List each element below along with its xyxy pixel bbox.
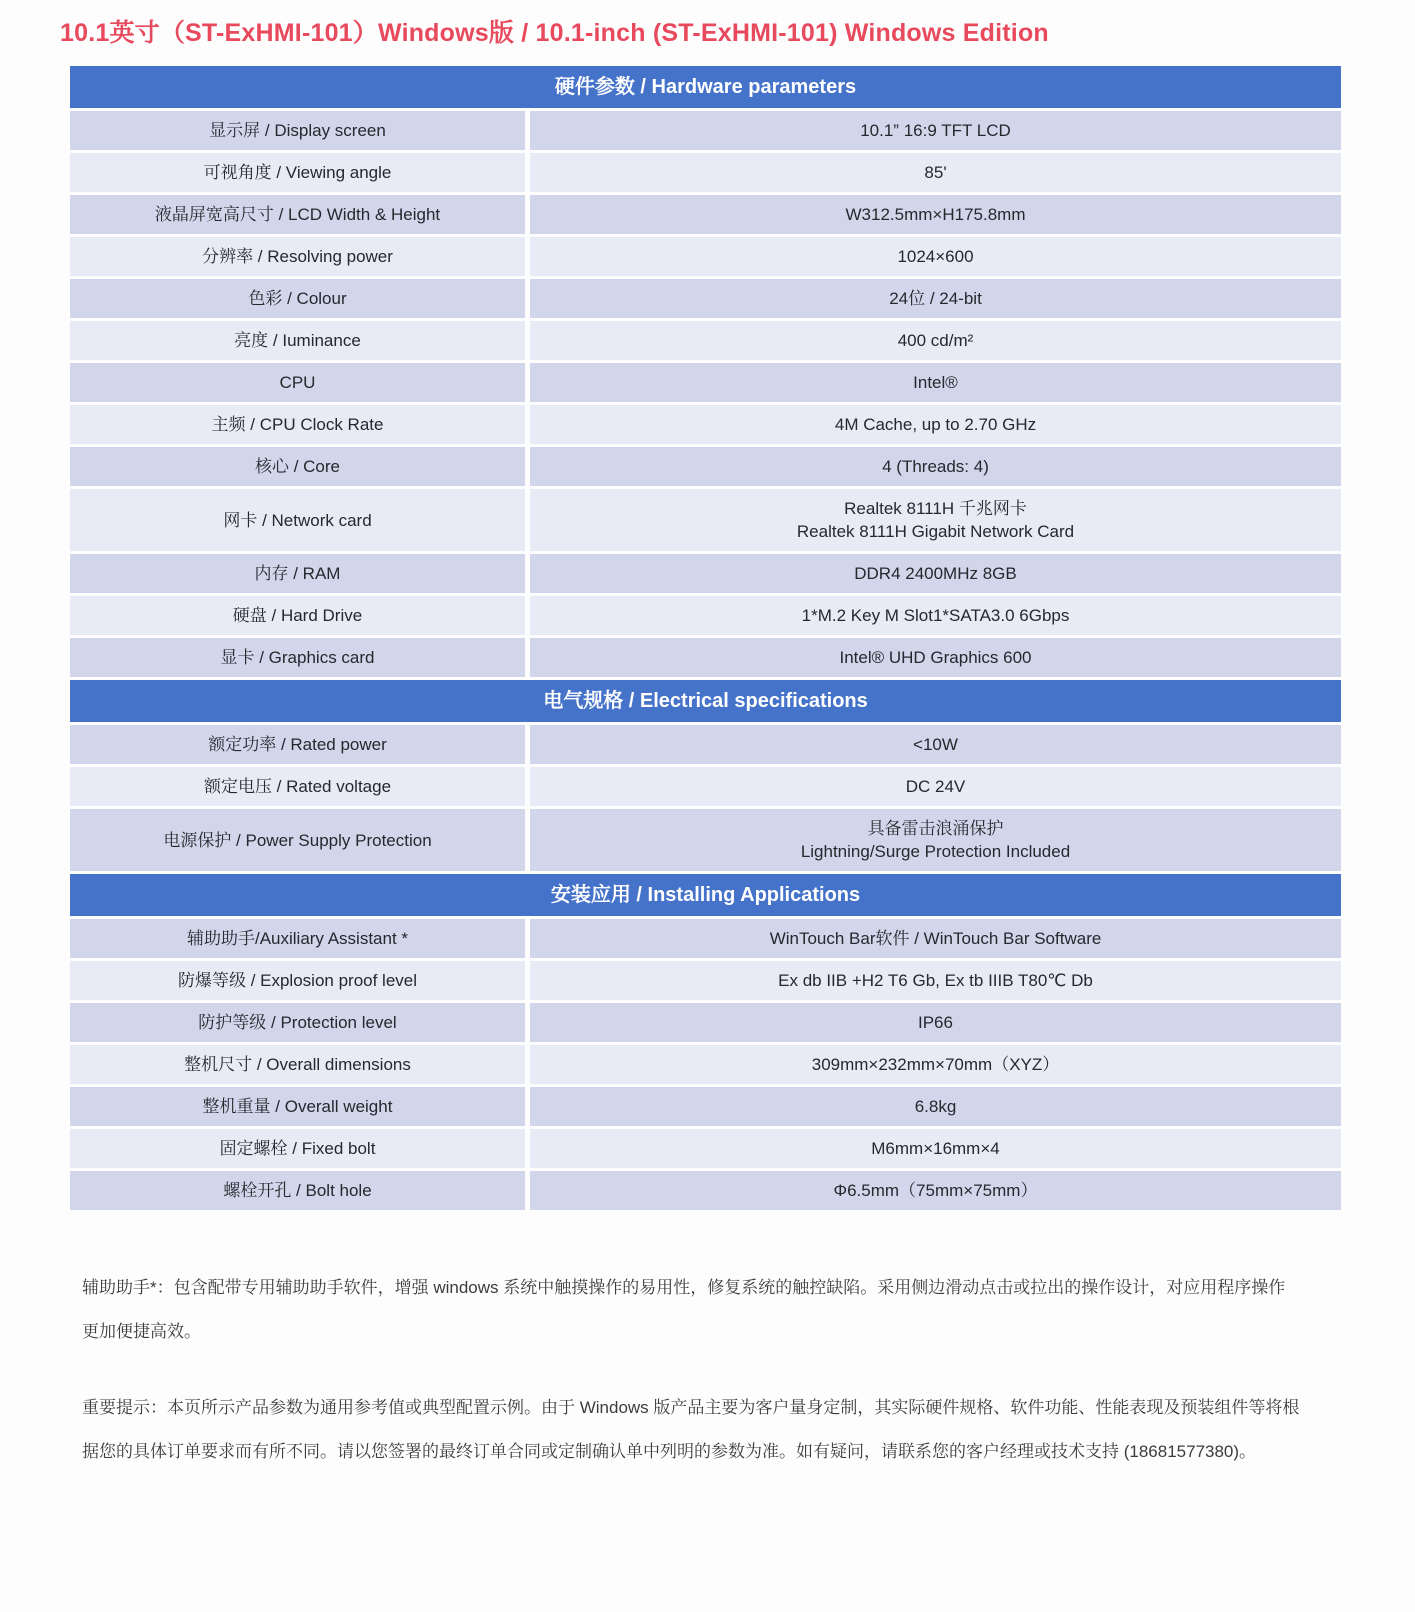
table-row: 可视角度 / Viewing angle85' bbox=[70, 153, 1341, 192]
table-row: CPUIntel® bbox=[70, 363, 1341, 402]
row-label: 显卡 / Graphics card bbox=[70, 638, 525, 677]
row-value: Intel® UHD Graphics 600 bbox=[530, 638, 1341, 677]
row-value: 85' bbox=[530, 153, 1341, 192]
table-row: 主频 / CPU Clock Rate4M Cache, up to 2.70 … bbox=[70, 405, 1341, 444]
row-label: 额定电压 / Rated voltage bbox=[70, 767, 525, 806]
row-label: CPU bbox=[70, 363, 525, 402]
row-label: 液晶屏宽高尺寸 / LCD Width & Height bbox=[70, 195, 525, 234]
row-label: 辅助助手/Auxiliary Assistant * bbox=[70, 919, 525, 958]
table-row: 辅助助手/Auxiliary Assistant *WinTouch Bar软件… bbox=[70, 919, 1341, 958]
row-label: 亮度 / Iuminance bbox=[70, 321, 525, 360]
footnotes: 辅助助手*：包含配带专用辅助助手软件，增强 windows 系统中触摸操作的易用… bbox=[82, 1266, 1300, 1474]
row-value: 309mm×232mm×70mm（XYZ） bbox=[530, 1045, 1341, 1084]
table-row: 亮度 / Iuminance400 cd/m² bbox=[70, 321, 1341, 360]
section-header: 硬件参数 / Hardware parameters bbox=[70, 66, 1341, 108]
row-label: 螺栓开孔 / Bolt hole bbox=[70, 1171, 525, 1210]
table-row: 核心 / Core4 (Threads: 4) bbox=[70, 447, 1341, 486]
table-row: 防护等级 / Protection levelIP66 bbox=[70, 1003, 1341, 1042]
row-value: <10W bbox=[530, 725, 1341, 764]
table-row: 固定螺栓 / Fixed boltM6mm×16mm×4 bbox=[70, 1129, 1341, 1168]
table-row: 网卡 / Network cardRealtek 8111H 千兆网卡 Real… bbox=[70, 489, 1341, 551]
table-row: 硬盘 / Hard Drive1*M.2 Key M Slot1*SATA3.0… bbox=[70, 596, 1341, 635]
table-row: 电源保护 / Power Supply Protection具备雷击浪涌保护 L… bbox=[70, 809, 1341, 871]
table-row: 额定功率 / Rated power<10W bbox=[70, 725, 1341, 764]
row-label: 防护等级 / Protection level bbox=[70, 1003, 525, 1042]
spec-sheet-page: 10.1英寸（ST-ExHMI-101）Windows版 / 10.1-inch… bbox=[0, 0, 1415, 1612]
row-label: 额定功率 / Rated power bbox=[70, 725, 525, 764]
row-value: 4M Cache, up to 2.70 GHz bbox=[530, 405, 1341, 444]
spec-table: 硬件参数 / Hardware parameters显示屏 / Display … bbox=[70, 66, 1341, 1210]
row-value: 4 (Threads: 4) bbox=[530, 447, 1341, 486]
table-row: 防爆等级 / Explosion proof levelEx db IIB +H… bbox=[70, 961, 1341, 1000]
row-value: 24位 / 24-bit bbox=[530, 279, 1341, 318]
table-row: 内存 / RAMDDR4 2400MHz 8GB bbox=[70, 554, 1341, 593]
table-row: 整机重量 / Overall weight6.8kg bbox=[70, 1087, 1341, 1126]
row-label: 显示屏 / Display screen bbox=[70, 111, 525, 150]
table-row: 液晶屏宽高尺寸 / LCD Width & HeightW312.5mm×H17… bbox=[70, 195, 1341, 234]
table-row: 显示屏 / Display screen10.1” 16:9 TFT LCD bbox=[70, 111, 1341, 150]
row-label: 内存 / RAM bbox=[70, 554, 525, 593]
footnote-important-notice: 重要提示：本页所示产品参数为通用参考值或典型配置示例。由于 Windows 版产… bbox=[82, 1386, 1300, 1474]
row-value: 1024×600 bbox=[530, 237, 1341, 276]
page-title: 10.1英寸（ST-ExHMI-101）Windows版 / 10.1-inch… bbox=[0, 0, 1415, 66]
section-header: 安装应用 / Installing Applications bbox=[70, 874, 1341, 916]
row-label: 整机重量 / Overall weight bbox=[70, 1087, 525, 1126]
row-value: IP66 bbox=[530, 1003, 1341, 1042]
row-value: Realtek 8111H 千兆网卡 Realtek 8111H Gigabit… bbox=[530, 489, 1341, 551]
row-value: 400 cd/m² bbox=[530, 321, 1341, 360]
row-label: 电源保护 / Power Supply Protection bbox=[70, 809, 525, 871]
row-label: 可视角度 / Viewing angle bbox=[70, 153, 525, 192]
table-row: 螺栓开孔 / Bolt holeΦ6.5mm（75mm×75mm） bbox=[70, 1171, 1341, 1210]
row-value: Ex db IIB +H2 T6 Gb, Ex tb IIIB T80℃ Db bbox=[530, 961, 1341, 1000]
table-row: 显卡 / Graphics cardIntel® UHD Graphics 60… bbox=[70, 638, 1341, 677]
row-value: 1*M.2 Key M Slot1*SATA3.0 6Gbps bbox=[530, 596, 1341, 635]
table-row: 额定电压 / Rated voltageDC 24V bbox=[70, 767, 1341, 806]
row-value: W312.5mm×H175.8mm bbox=[530, 195, 1341, 234]
section-header: 电气规格 / Electrical specifications bbox=[70, 680, 1341, 722]
row-label: 防爆等级 / Explosion proof level bbox=[70, 961, 525, 1000]
row-value: M6mm×16mm×4 bbox=[530, 1129, 1341, 1168]
row-label: 网卡 / Network card bbox=[70, 489, 525, 551]
row-value: Φ6.5mm（75mm×75mm） bbox=[530, 1171, 1341, 1210]
table-row: 分辨率 / Resolving power1024×600 bbox=[70, 237, 1341, 276]
row-value: 具备雷击浪涌保护 Lightning/Surge Protection Incl… bbox=[530, 809, 1341, 871]
row-label: 硬盘 / Hard Drive bbox=[70, 596, 525, 635]
row-value: Intel® bbox=[530, 363, 1341, 402]
row-label: 色彩 / Colour bbox=[70, 279, 525, 318]
row-value: 10.1” 16:9 TFT LCD bbox=[530, 111, 1341, 150]
table-row: 色彩 / Colour24位 / 24-bit bbox=[70, 279, 1341, 318]
row-label: 固定螺栓 / Fixed bolt bbox=[70, 1129, 525, 1168]
row-label: 分辨率 / Resolving power bbox=[70, 237, 525, 276]
row-label: 整机尺寸 / Overall dimensions bbox=[70, 1045, 525, 1084]
row-value: 6.8kg bbox=[530, 1087, 1341, 1126]
row-label: 核心 / Core bbox=[70, 447, 525, 486]
footnote-auxiliary-assistant: 辅助助手*：包含配带专用辅助助手软件，增强 windows 系统中触摸操作的易用… bbox=[82, 1266, 1300, 1354]
row-label: 主频 / CPU Clock Rate bbox=[70, 405, 525, 444]
row-value: DC 24V bbox=[530, 767, 1341, 806]
row-value: WinTouch Bar软件 / WinTouch Bar Software bbox=[530, 919, 1341, 958]
table-row: 整机尺寸 / Overall dimensions309mm×232mm×70m… bbox=[70, 1045, 1341, 1084]
row-value: DDR4 2400MHz 8GB bbox=[530, 554, 1341, 593]
